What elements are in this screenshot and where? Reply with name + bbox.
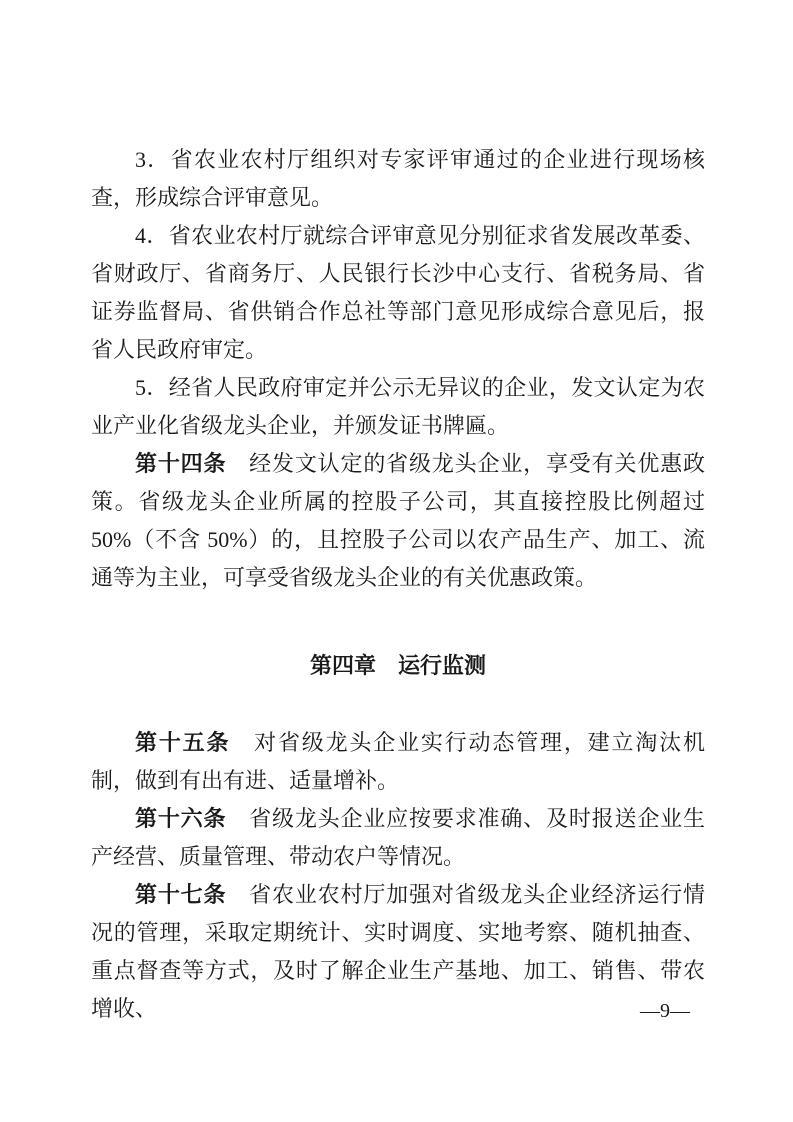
document-page: 3．省农业农村厅组织对专家评审通过的企业进行现场核查，形成综合评审意见。 4．省… [0,0,793,1122]
paragraph: 3．省农业农村厅组织对专家评审通过的企业进行现场核查，形成综合评审意见。 [91,141,705,217]
document-body: 3．省农业农村厅组织对专家评审通过的企业进行现场核查，形成综合评审意见。 4．省… [91,141,705,1028]
chapter-heading: 第四章 运行监测 [91,647,705,685]
paragraph: 第十四条 经发文认定的省级龙头企业，享受有关优惠政策。省级龙头企业所属的控股子公… [91,445,705,597]
paragraph-lead: 第十七条 [135,882,226,907]
paragraph: 5．经省人民政府审定并公示无异议的企业，发文认定为农业产业化省级龙头企业，并颁发… [91,369,705,445]
paragraph-lead: 第十五条 [135,730,230,755]
paragraph-lead: 第十四条 [135,451,226,476]
page-number: —9— [640,998,690,1024]
paragraph-text: 4．省农业农村厅就综合评审意见分别征求省发展改革委、省财政厅、省商务厅、人民银行… [91,223,705,362]
paragraph-text: 3．省农业农村厅组织对专家评审通过的企业进行现场核查，形成综合评审意见。 [91,147,705,210]
paragraph: 4．省农业农村厅就综合评审意见分别征求省发展改革委、省财政厅、省商务厅、人民银行… [91,217,705,369]
paragraph-text: 5．经省人民政府审定并公示无异议的企业，发文认定为农业产业化省级龙头企业，并颁发… [91,375,705,438]
paragraph: 第十五条 对省级龙头企业实行动态管理，建立淘汰机制，做到有出有进、适量增补。 [91,724,705,800]
paragraph: 第十七条 省农业农村厅加强对省级龙头企业经济运行情况的管理，采取定期统计、实时调… [91,876,705,1028]
paragraph: 第十六条 省级龙头企业应按要求准确、及时报送企业生产经营、质量管理、带动农户等情… [91,800,705,876]
paragraph-lead: 第十六条 [135,806,226,831]
